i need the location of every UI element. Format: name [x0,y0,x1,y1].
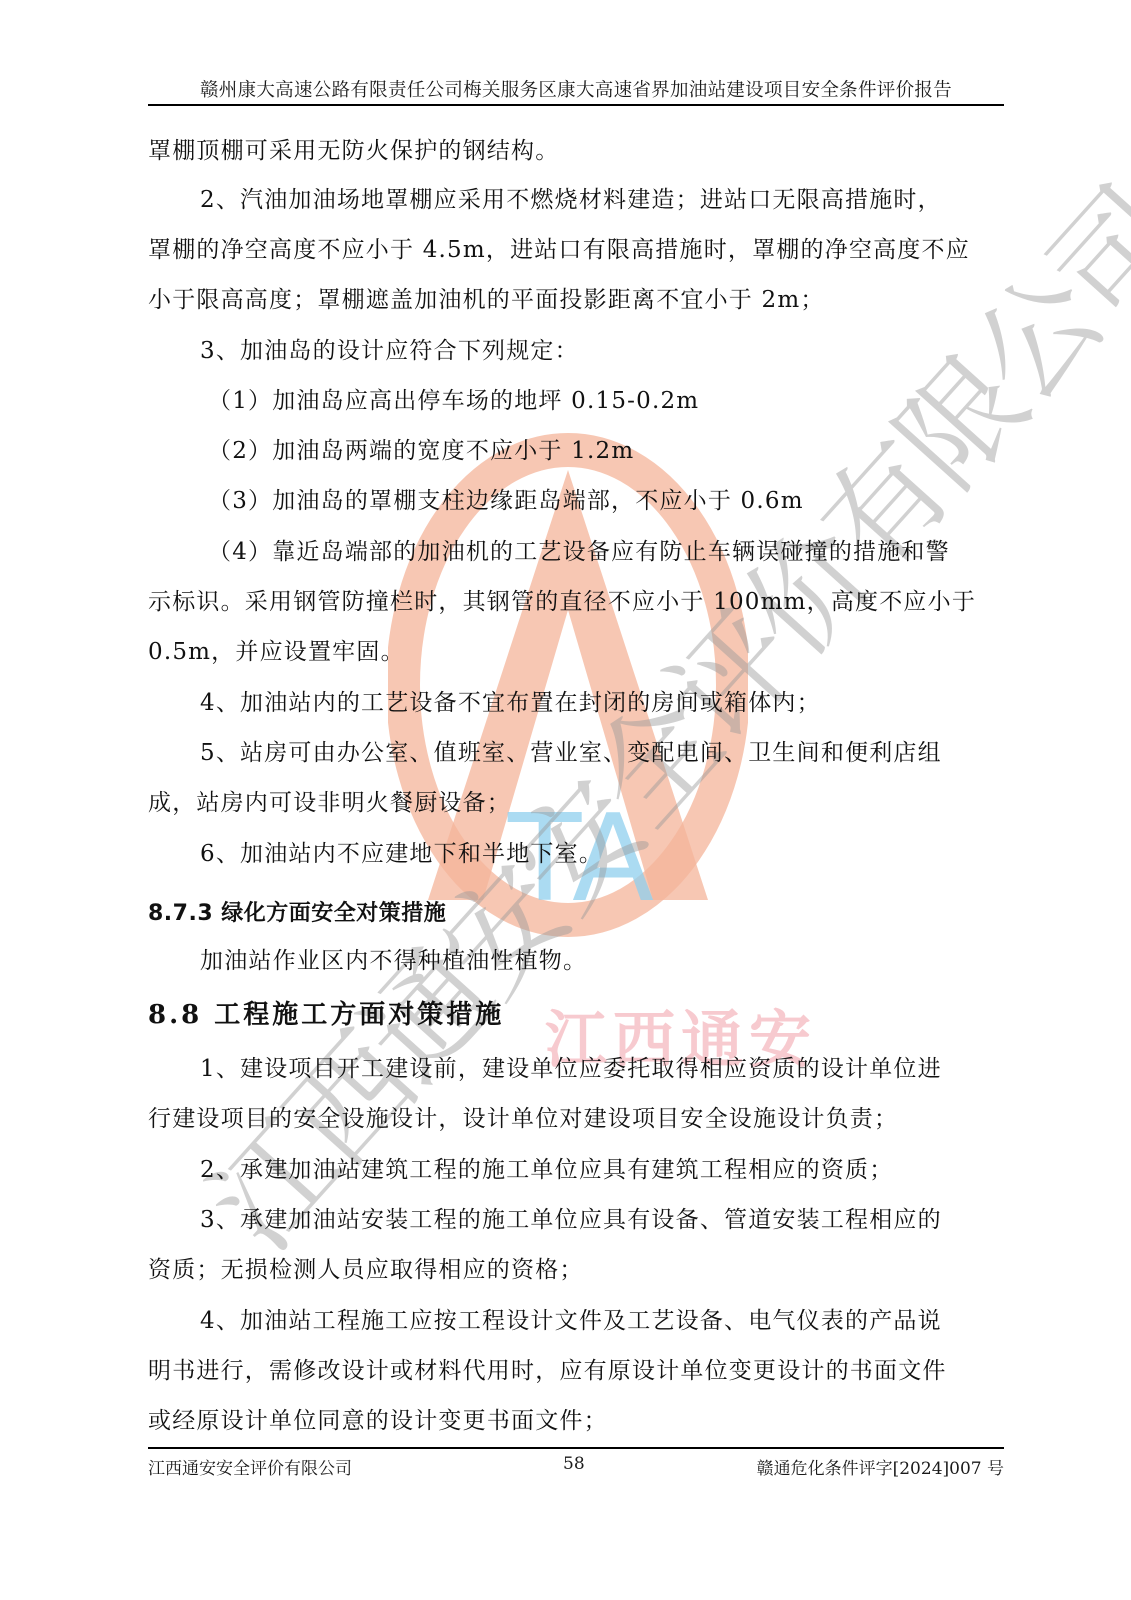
body-line: 3、加油岛的设计应符合下列规定： [200,326,579,377]
body-line: 成，站房内可设非明火餐厨设备； [148,778,511,829]
body-line: （1）加油岛应高出停车场的地坪 0.15-0.2m [208,376,699,427]
body-line: （3）加油岛的罩棚支柱边缘距岛端部，不应小于 0.6m [208,476,804,527]
body-line: 或经原设计单位同意的设计变更书面文件； [148,1396,608,1447]
body-line: 罩棚的净空高度不应小于 4.5m，进站口有限高措施时，罩棚的净空高度不应 [148,225,970,276]
body-line: 0.5m，并应设置牢固。 [148,627,405,678]
body-line: 资质；无损检测人员应取得相应的资格； [148,1245,584,1296]
body-line: 明书进行，需修改设计或材料代用时，应有原设计单位变更设计的书面文件 [148,1346,947,1397]
body-line: 2、承建加油站建筑工程的施工单位应具有建筑工程相应的资质； [200,1145,893,1196]
body-line: 1、建设项目开工建设前，建设单位应委托取得相应资质的设计单位进 [200,1044,942,1095]
body-line: 2、汽油加油场地罩棚应采用不燃烧材料建造；进站口无限高措施时， [200,175,942,226]
body-line: （2）加油岛两端的宽度不应小于 1.2m [208,426,634,477]
footer-document-number: 赣通危化条件评字[2024]007 号 [757,1454,1004,1479]
body-line: 罩棚顶棚可采用无防火保护的钢结构。 [148,126,559,177]
body-line: （4）靠近岛端部的加油机的工艺设备应有防止车辆误碰撞的措施和警 [208,527,950,578]
page-number: 58 [563,1454,585,1474]
footer-divider [148,1447,1004,1449]
document-page: TA 江西通安 江西通安安全评价有限公司 赣州康大高速公路有限责任公司梅关服务区… [0,0,1131,1600]
body-line: 4、加油站工程施工应按工程设计文件及工艺设备、电气仪表的产品说 [200,1296,942,1347]
body-line: 加油站作业区内不得种植油性植物。 [200,936,587,987]
body-line: 示标识。采用钢管防撞栏时，其钢管的直径不应小于 100mm，高度不应小于 [148,577,976,628]
footer-company: 江西通安安全评价有限公司 [148,1454,352,1479]
section-heading-8-7-3: 8.7.3 绿化方面安全对策措施 [148,896,446,927]
body-line: 3、承建加油站安装工程的施工单位应具有设备、管道安装工程相应的 [200,1195,942,1246]
body-line: 行建设项目的安全设施设计，设计单位对建设项目安全设施设计负责； [148,1094,898,1145]
header-divider [148,104,1004,106]
body-line: 小于限高高度；罩棚遮盖加油机的平面投影距离不宜小于 2m； [148,275,825,326]
body-line: 6、加油站内不应建地下和半地下室。 [200,829,603,880]
section-heading-8-8: 8.8 工程施工方面对策措施 [148,994,504,1031]
body-line: 5、站房可由办公室、值班室、营业室、变配电间、卫生间和便利店组 [200,728,942,779]
document-header-title: 赣州康大高速公路有限责任公司梅关服务区康大高速省界加油站建设项目安全条件评价报告 [148,76,1004,102]
body-line: 4、加油站内的工艺设备不宜布置在封闭的房间或箱体内； [200,678,821,729]
